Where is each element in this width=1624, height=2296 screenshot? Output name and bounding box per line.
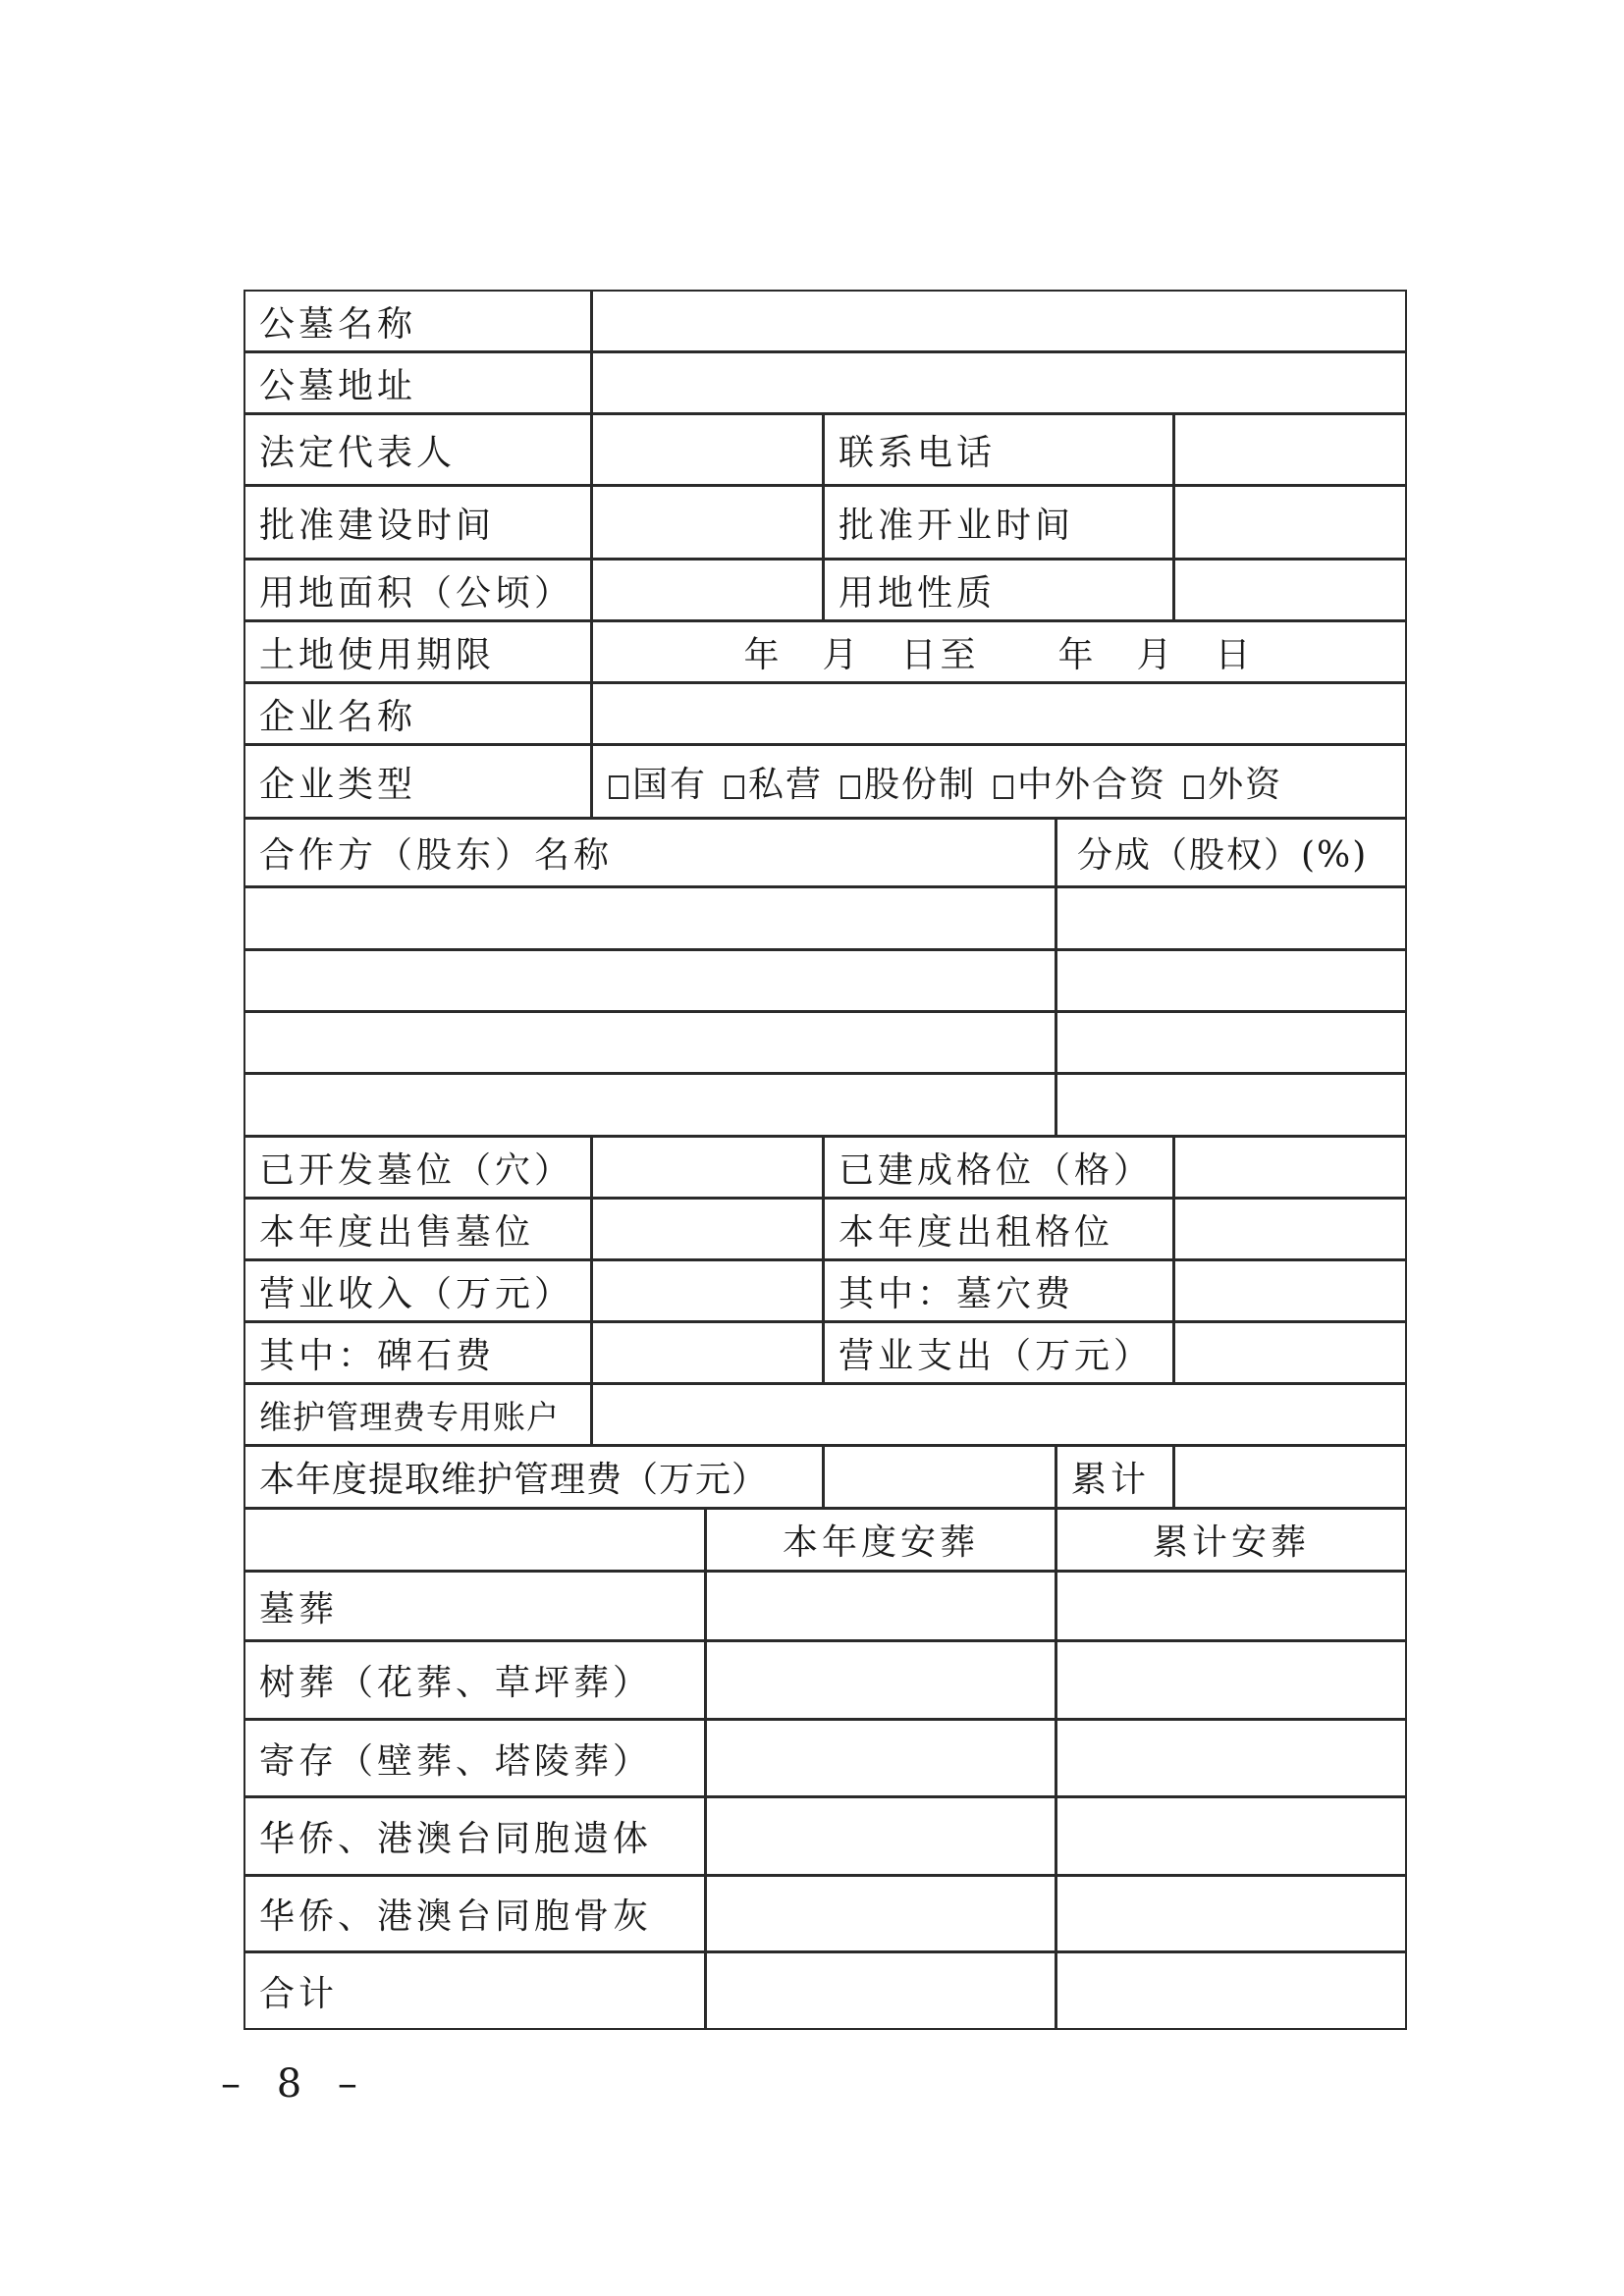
label-approved-open-time: 批准开业时间 [823, 485, 1174, 560]
label-approved-build-time: 批准建设时间 [244, 485, 592, 560]
field-cemetery-address[interactable] [591, 351, 1407, 414]
label-maint-account: 维护管理费专用账户 [244, 1383, 592, 1446]
label-legal-rep: 法定代表人 [244, 413, 592, 486]
partner-share-field[interactable] [1056, 1073, 1407, 1137]
burial-row-label: 华侨、港澳台同胞遗体 [244, 1796, 706, 1876]
option-private[interactable]: 私营 [725, 757, 823, 807]
label-land-nature: 用地性质 [823, 559, 1174, 621]
field-approved-open-time[interactable] [1173, 485, 1407, 560]
option-state-owned[interactable]: 国有 [609, 757, 707, 807]
field-cumulative[interactable] [1173, 1445, 1407, 1509]
burial-header-total: 累计安葬 [1056, 1508, 1407, 1572]
field-revenue[interactable] [591, 1259, 824, 1322]
label-rented-niches: 本年度出租格位 [823, 1198, 1174, 1260]
option-label: 国有 [632, 765, 707, 805]
partner-name-field[interactable] [244, 1073, 1056, 1137]
field-land-nature[interactable] [1173, 559, 1407, 621]
field-stone-fee[interactable] [591, 1321, 824, 1384]
partner-name-field[interactable] [244, 949, 1056, 1012]
company-type-options: 国有 私营 股份制 中外合资 外资 [591, 744, 1407, 819]
label-land-area: 用地面积（公顷） [244, 559, 592, 621]
burial-row-label: 树葬（花葬、草坪葬） [244, 1640, 706, 1720]
field-approved-build-time[interactable] [591, 485, 824, 560]
burial-total-field[interactable] [1056, 1571, 1407, 1641]
label-maint-fee-year: 本年度提取维护管理费（万元） [244, 1445, 824, 1509]
partner-name-field[interactable] [244, 1011, 1056, 1074]
option-label: 私营 [748, 765, 823, 805]
checkbox-icon[interactable] [840, 775, 860, 799]
burial-year-field[interactable] [705, 1571, 1056, 1641]
burial-row-label: 墓葬 [244, 1571, 706, 1641]
checkbox-icon[interactable] [1184, 775, 1204, 799]
partner-name-header: 合作方（股东）名称 [244, 818, 1056, 887]
field-sold-plots[interactable] [591, 1198, 824, 1260]
burial-year-field[interactable] [705, 1640, 1056, 1720]
burial-year-field[interactable] [705, 1796, 1056, 1876]
burial-year-field[interactable] [705, 1951, 1056, 2030]
label-revenue: 营业收入（万元） [244, 1259, 592, 1322]
option-label: 中外合资 [1017, 765, 1166, 805]
burial-total-field[interactable] [1056, 1719, 1407, 1797]
partner-share-field[interactable] [1056, 1011, 1407, 1074]
label-phone: 联系电话 [823, 413, 1174, 486]
option-joint-stock[interactable]: 股份制 [840, 757, 976, 807]
field-maint-account[interactable] [591, 1383, 1407, 1446]
field-phone[interactable] [1173, 413, 1407, 486]
field-legal-rep[interactable] [591, 413, 824, 486]
burial-row-label: 华侨、港澳台同胞骨灰 [244, 1875, 706, 1952]
field-grave-fee[interactable] [1173, 1259, 1407, 1322]
field-built-niches[interactable] [1173, 1136, 1407, 1199]
field-land-area[interactable] [591, 559, 824, 621]
checkbox-icon[interactable] [725, 775, 744, 799]
field-cemetery-name[interactable] [591, 290, 1407, 352]
label-cemetery-address: 公墓地址 [244, 351, 592, 414]
checkbox-icon[interactable] [609, 775, 628, 799]
field-rented-niches[interactable] [1173, 1198, 1407, 1260]
label-sold-plots: 本年度出售墓位 [244, 1198, 592, 1260]
option-joint-venture[interactable]: 中外合资 [994, 757, 1166, 807]
partner-share-field[interactable] [1056, 886, 1407, 950]
label-land-term: 土地使用期限 [244, 620, 592, 683]
page-number: – 8 – [221, 2061, 369, 2107]
burial-row-label: 寄存（壁葬、塔陵葬） [244, 1719, 706, 1797]
burial-row-label: 合计 [244, 1951, 706, 2030]
field-company-name[interactable] [591, 682, 1407, 745]
label-cemetery-name: 公墓名称 [244, 290, 592, 352]
field-developed-plots[interactable] [591, 1136, 824, 1199]
field-maint-fee-year[interactable] [823, 1445, 1056, 1509]
label-built-niches: 已建成格位（格） [823, 1136, 1174, 1199]
burial-year-field[interactable] [705, 1875, 1056, 1952]
partner-name-field[interactable] [244, 886, 1056, 950]
burial-year-field[interactable] [705, 1719, 1056, 1797]
option-foreign[interactable]: 外资 [1184, 757, 1282, 807]
label-company-name: 企业名称 [244, 682, 592, 745]
burial-total-field[interactable] [1056, 1875, 1407, 1952]
label-cumulative: 累计 [1056, 1445, 1174, 1509]
option-label: 股份制 [864, 765, 976, 805]
burial-header-blank [244, 1508, 706, 1572]
checkbox-icon[interactable] [994, 775, 1013, 799]
field-land-term[interactable]: 年 月 日至 年 月 日 [591, 620, 1407, 683]
share-header: 分成（股权）(%) [1056, 818, 1407, 887]
burial-total-field[interactable] [1056, 1796, 1407, 1876]
option-label: 外资 [1208, 765, 1282, 805]
label-stone-fee: 其中：碑石费 [244, 1321, 592, 1384]
burial-total-field[interactable] [1056, 1951, 1407, 2030]
partner-share-field[interactable] [1056, 949, 1407, 1012]
label-company-type: 企业类型 [244, 744, 592, 819]
burial-header-year: 本年度安葬 [705, 1508, 1056, 1572]
burial-total-field[interactable] [1056, 1640, 1407, 1720]
label-developed-plots: 已开发墓位（穴） [244, 1136, 592, 1199]
label-expense: 营业支出（万元） [823, 1321, 1174, 1384]
field-expense[interactable] [1173, 1321, 1407, 1384]
label-grave-fee: 其中：墓穴费 [823, 1259, 1174, 1322]
